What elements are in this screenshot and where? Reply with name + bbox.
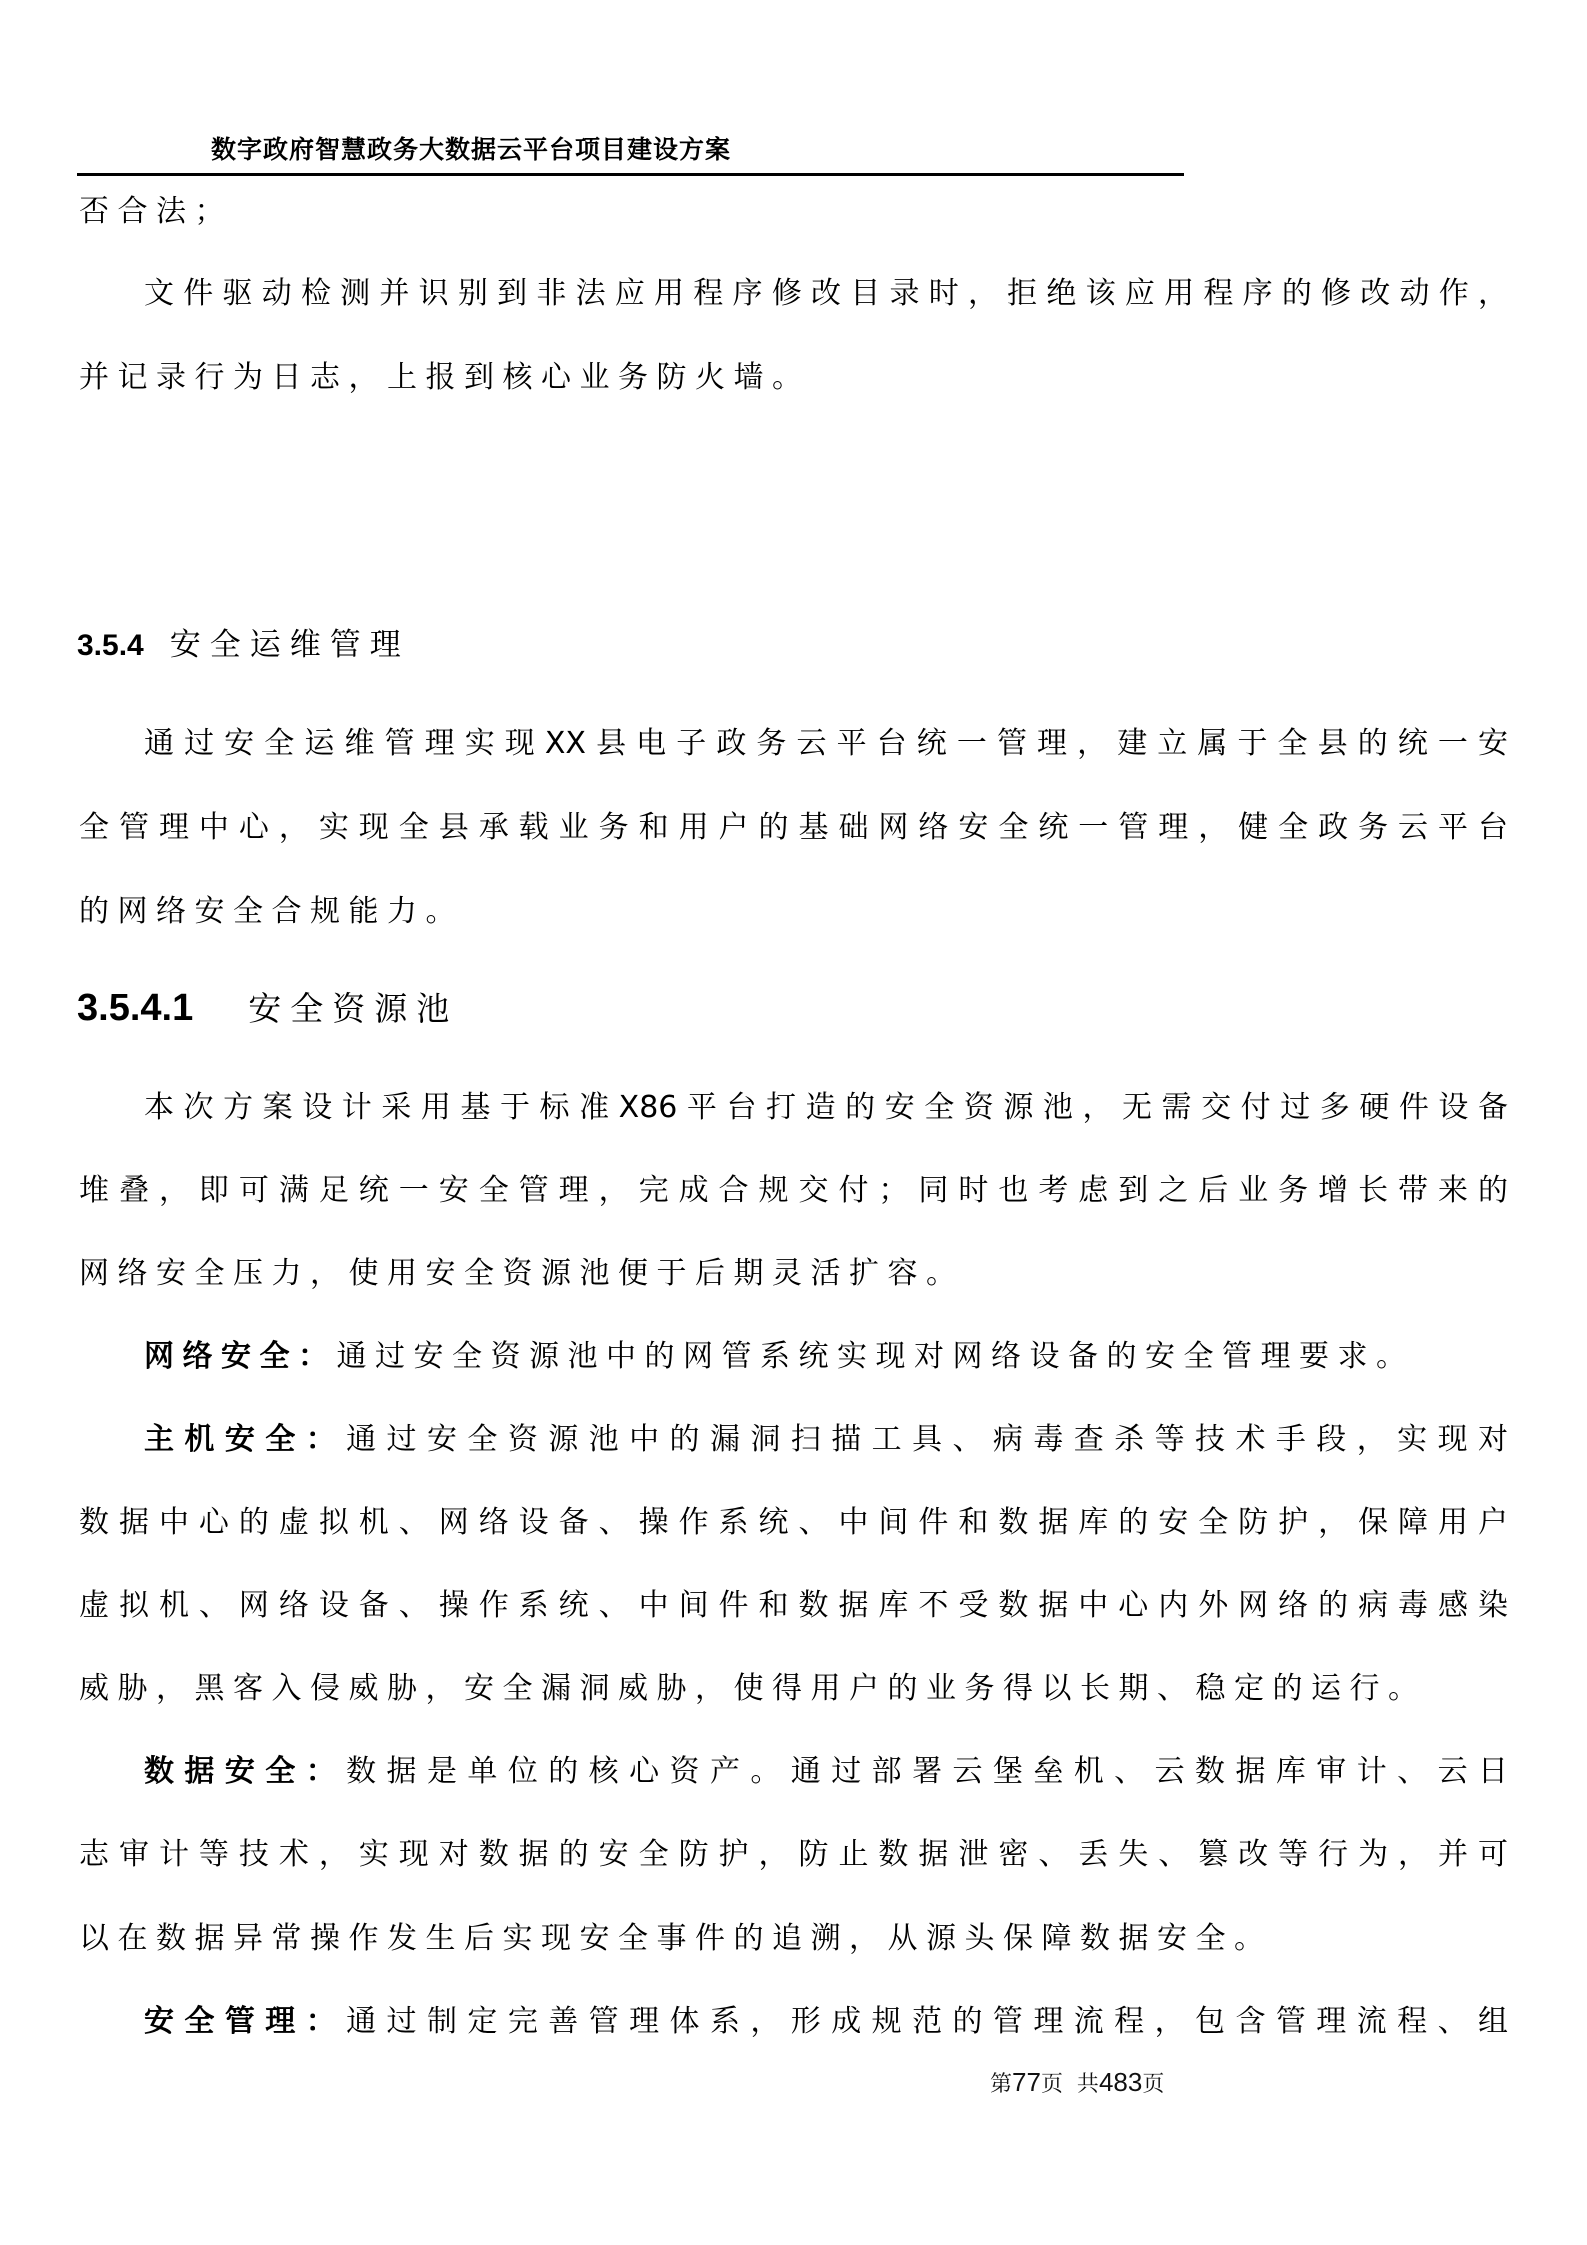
bold-label: 安全管理： — [144, 2004, 346, 2039]
paragraph-line: 本次方案设计采用基于标准X86平台打造的安全资源池，无需交付过多硬件设备 — [79, 1083, 1508, 1133]
security-management-paragraph: 安全管理：通过制定完善管理体系，形成规范的管理流程，包含管理流程、组 — [79, 1997, 1508, 2047]
paragraph-line: 并记录行为日志，上报到核心业务防火墙。 — [79, 353, 1508, 403]
footer-mid: 页 共 — [1041, 2072, 1099, 2097]
bold-label: 数据安全： — [144, 1754, 346, 1789]
footer-suffix: 页 — [1142, 2072, 1164, 2097]
section-title: 安全运维管理 — [170, 620, 410, 670]
bold-label: 网络安全： — [144, 1339, 337, 1374]
page-footer: 第77页 共483页 — [990, 2066, 1164, 2098]
network-security-paragraph: 网络安全：通过安全资源池中的网管系统实现对网络设备的安全管理要求。 — [79, 1332, 1508, 1382]
section-title: 安全资源池 — [248, 984, 458, 1034]
paragraph-line: 网络安全压力，使用安全资源池便于后期灵活扩容。 — [79, 1249, 1508, 1299]
paragraph-text: 通过安全资源池中的网管系统实现对网络设备的安全管理要求。 — [337, 1339, 1415, 1374]
current-page-number: 77 — [1012, 2067, 1041, 2097]
host-security-paragraph: 主机安全：通过安全资源池中的漏洞扫描工具、病毒查杀等技术手段，实现对 — [79, 1415, 1508, 1465]
paragraph-line: 全管理中心，实现全县承载业务和用户的基础网络安全统一管理，健全政务云平台 — [79, 803, 1508, 853]
paragraph-line: 通过安全运维管理实现XX县电子政务云平台统一管理，建立属于全县的统一安 — [79, 719, 1508, 769]
paragraph-line: 数据中心的虚拟机、网络设备、操作系统、中间件和数据库的安全防护，保障用户 — [79, 1498, 1508, 1548]
section-number: 3.5.4.1 — [77, 983, 193, 1033]
paragraph-line: 以在数据异常操作发生后实现安全事件的追溯，从源头保障数据安全。 — [79, 1914, 1508, 1964]
footer-prefix: 第 — [990, 2072, 1012, 2097]
bold-label: 主机安全： — [144, 1422, 346, 1457]
paragraph-line: 威胁，黑客入侵威胁，安全漏洞威胁，使得用户的业务得以长期、稳定的运行。 — [79, 1664, 1508, 1714]
section-heading-3-5-4-1: 3.5.4.1安全资源池 — [77, 983, 458, 1033]
paragraph-line: 虚拟机、网络设备、操作系统、中间件和数据库不受数据中心内外网络的病毒感染 — [79, 1581, 1508, 1631]
paragraph-text: 数据是单位的核心资产。通过部署云堡垒机、云数据库审计、云日 — [346, 1754, 1508, 1789]
paragraph-line: 的网络安全合规能力。 — [79, 887, 1508, 937]
paragraph-line: 志审计等技术，实现对数据的安全防护，防止数据泄密、丢失、篡改等行为，并可 — [79, 1830, 1508, 1880]
section-number: 3.5.4 — [77, 621, 144, 671]
running-header-title: 数字政府智慧政务大数据云平台项目建设方案 — [211, 133, 731, 167]
section-heading-3-5-4: 3.5.4安全运维管理 — [77, 620, 410, 670]
continuation-line: 否合法； — [79, 187, 1508, 237]
data-security-paragraph: 数据安全：数据是单位的核心资产。通过部署云堡垒机、云数据库审计、云日 — [79, 1747, 1508, 1797]
paragraph-line: 堆叠，即可满足统一安全管理，完成合规交付；同时也考虑到之后业务增长带来的 — [79, 1166, 1508, 1216]
paragraph-text: 通过安全资源池中的漏洞扫描工具、病毒查杀等技术手段，实现对 — [346, 1422, 1508, 1457]
paragraph-text: 通过制定完善管理体系，形成规范的管理流程，包含管理流程、组 — [346, 2004, 1508, 2039]
header-rule — [77, 173, 1184, 176]
paragraph-line: 文件驱动检测并识别到非法应用程序修改目录时，拒绝该应用程序的修改动作， — [79, 269, 1508, 319]
document-page: 数字政府智慧政务大数据云平台项目建设方案 否合法； 文件驱动检测并识别到非法应用… — [0, 0, 1587, 2245]
total-page-count: 483 — [1099, 2067, 1142, 2097]
